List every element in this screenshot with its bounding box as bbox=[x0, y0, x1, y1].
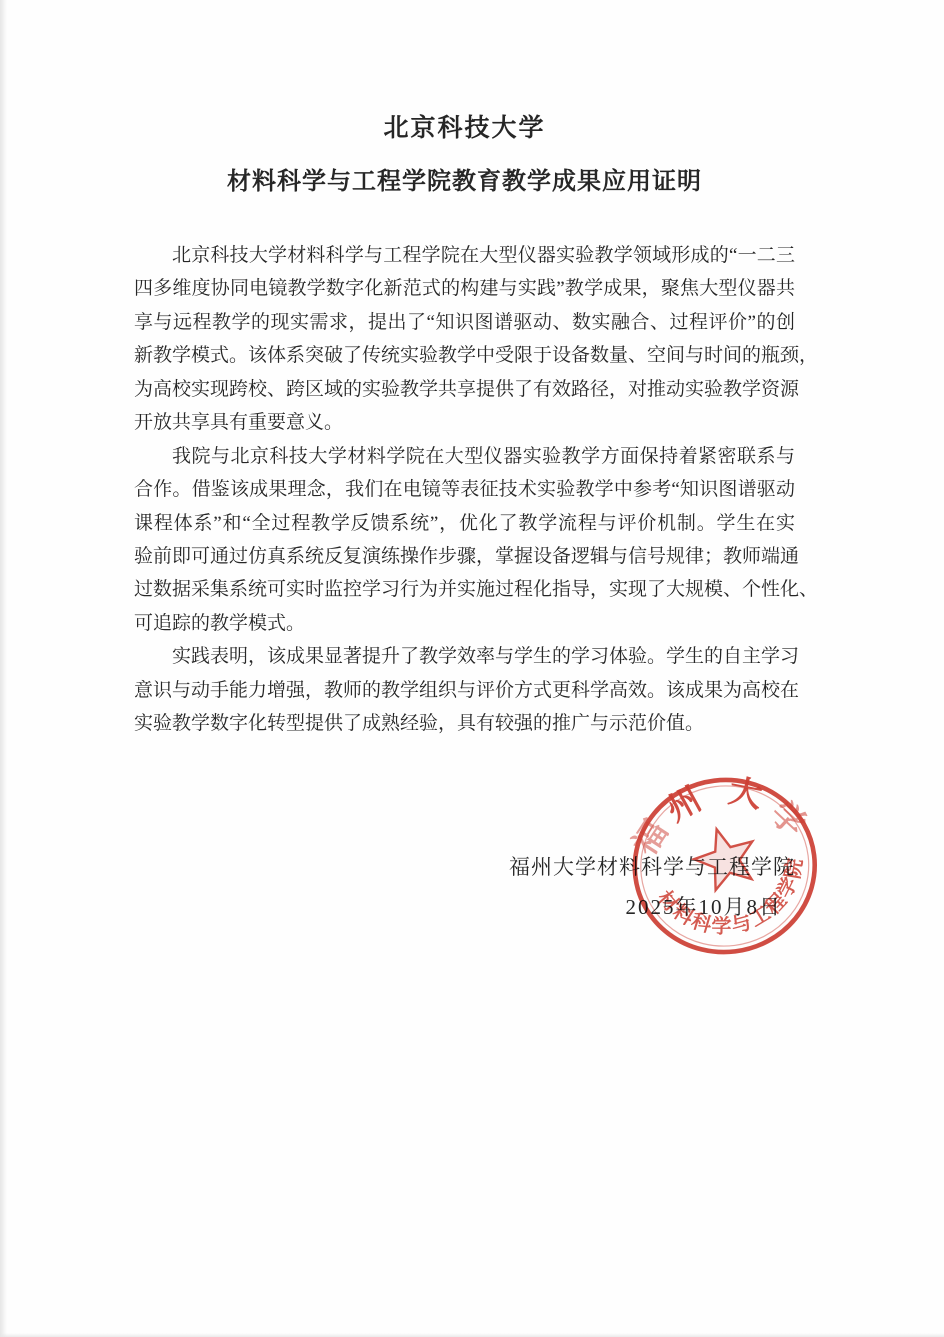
body-line: 为高校实现跨校、跨区域的实验教学共享提供了有效路径，对推动实验教学资源 bbox=[134, 373, 795, 406]
scan-bottom-edge bbox=[0, 1333, 944, 1337]
document-body: 北京科技大学材料科学与工程学院在大型仪器实验教学领域形成的“一二三 四多维度协同… bbox=[134, 239, 795, 741]
seal-char: 大 bbox=[726, 776, 765, 815]
body-line: 四多维度协同电镜教学数字化新范式的构建与实践”教学成果，聚焦大型仪器共 bbox=[134, 272, 795, 305]
body-line: 课程体系”和“全过程教学反馈系统”，优化了教学流程与评价机制。学生在实 bbox=[134, 507, 795, 540]
seal-star-icon bbox=[691, 825, 758, 892]
body-line: 意识与动手能力增强，教师的教学组织与评价方式更科学高效。该成果为高校在 bbox=[134, 674, 795, 707]
body-line: 可追踪的教学模式。 bbox=[134, 607, 795, 640]
body-line: 享与远程教学的现实需求，提出了“知识图谱驱动、数实融合、过程评价”的创 bbox=[134, 306, 795, 339]
official-seal: 福 州 大 学 材料科学与工程学院 bbox=[627, 776, 823, 962]
scan-left-edge bbox=[0, 0, 7, 1337]
body-line: 实践表明，该成果显著提升了教学效率与学生的学习体验。学生的自主学习 bbox=[134, 640, 795, 673]
page-title: 北京科技大学 bbox=[134, 108, 795, 144]
document-page: 北京科技大学 材料科学与工程学院教育教学成果应用证明 北京科技大学材料科学与工程… bbox=[0, 0, 944, 1337]
body-line: 合作。借鉴该成果理念，我们在电镜等表征技术实验教学中参考“知识图谱驱动 bbox=[134, 473, 795, 506]
body-line: 过数据采集系统可实时监控学习行为并实施过程化指导，实现了大规模、个性化、 bbox=[134, 573, 795, 606]
body-line: 实验教学数字化转型提供了成熟经验，具有较强的推广与示范价值。 bbox=[134, 707, 795, 740]
body-line: 我院与北京科技大学材料学院在大型仪器实验教学方面保持着紧密联系与 bbox=[134, 440, 795, 473]
seal-char: 州 bbox=[661, 781, 707, 828]
seal-char: 学 bbox=[763, 794, 812, 844]
page-subtitle: 材料科学与工程学院教育教学成果应用证明 bbox=[134, 161, 795, 196]
body-line: 新教学模式。该体系突破了传统实验教学中受限于设备数量、空间与时间的瓶颈， bbox=[134, 339, 795, 372]
body-line: 北京科技大学材料科学与工程学院在大型仪器实验教学领域形成的“一二三 bbox=[134, 239, 795, 272]
body-line: 验前即可通过仿真系统反复演练操作步骤，掌握设备逻辑与信号规律；教师端通 bbox=[134, 540, 795, 573]
body-line: 开放共享具有重要意义。 bbox=[134, 406, 795, 439]
